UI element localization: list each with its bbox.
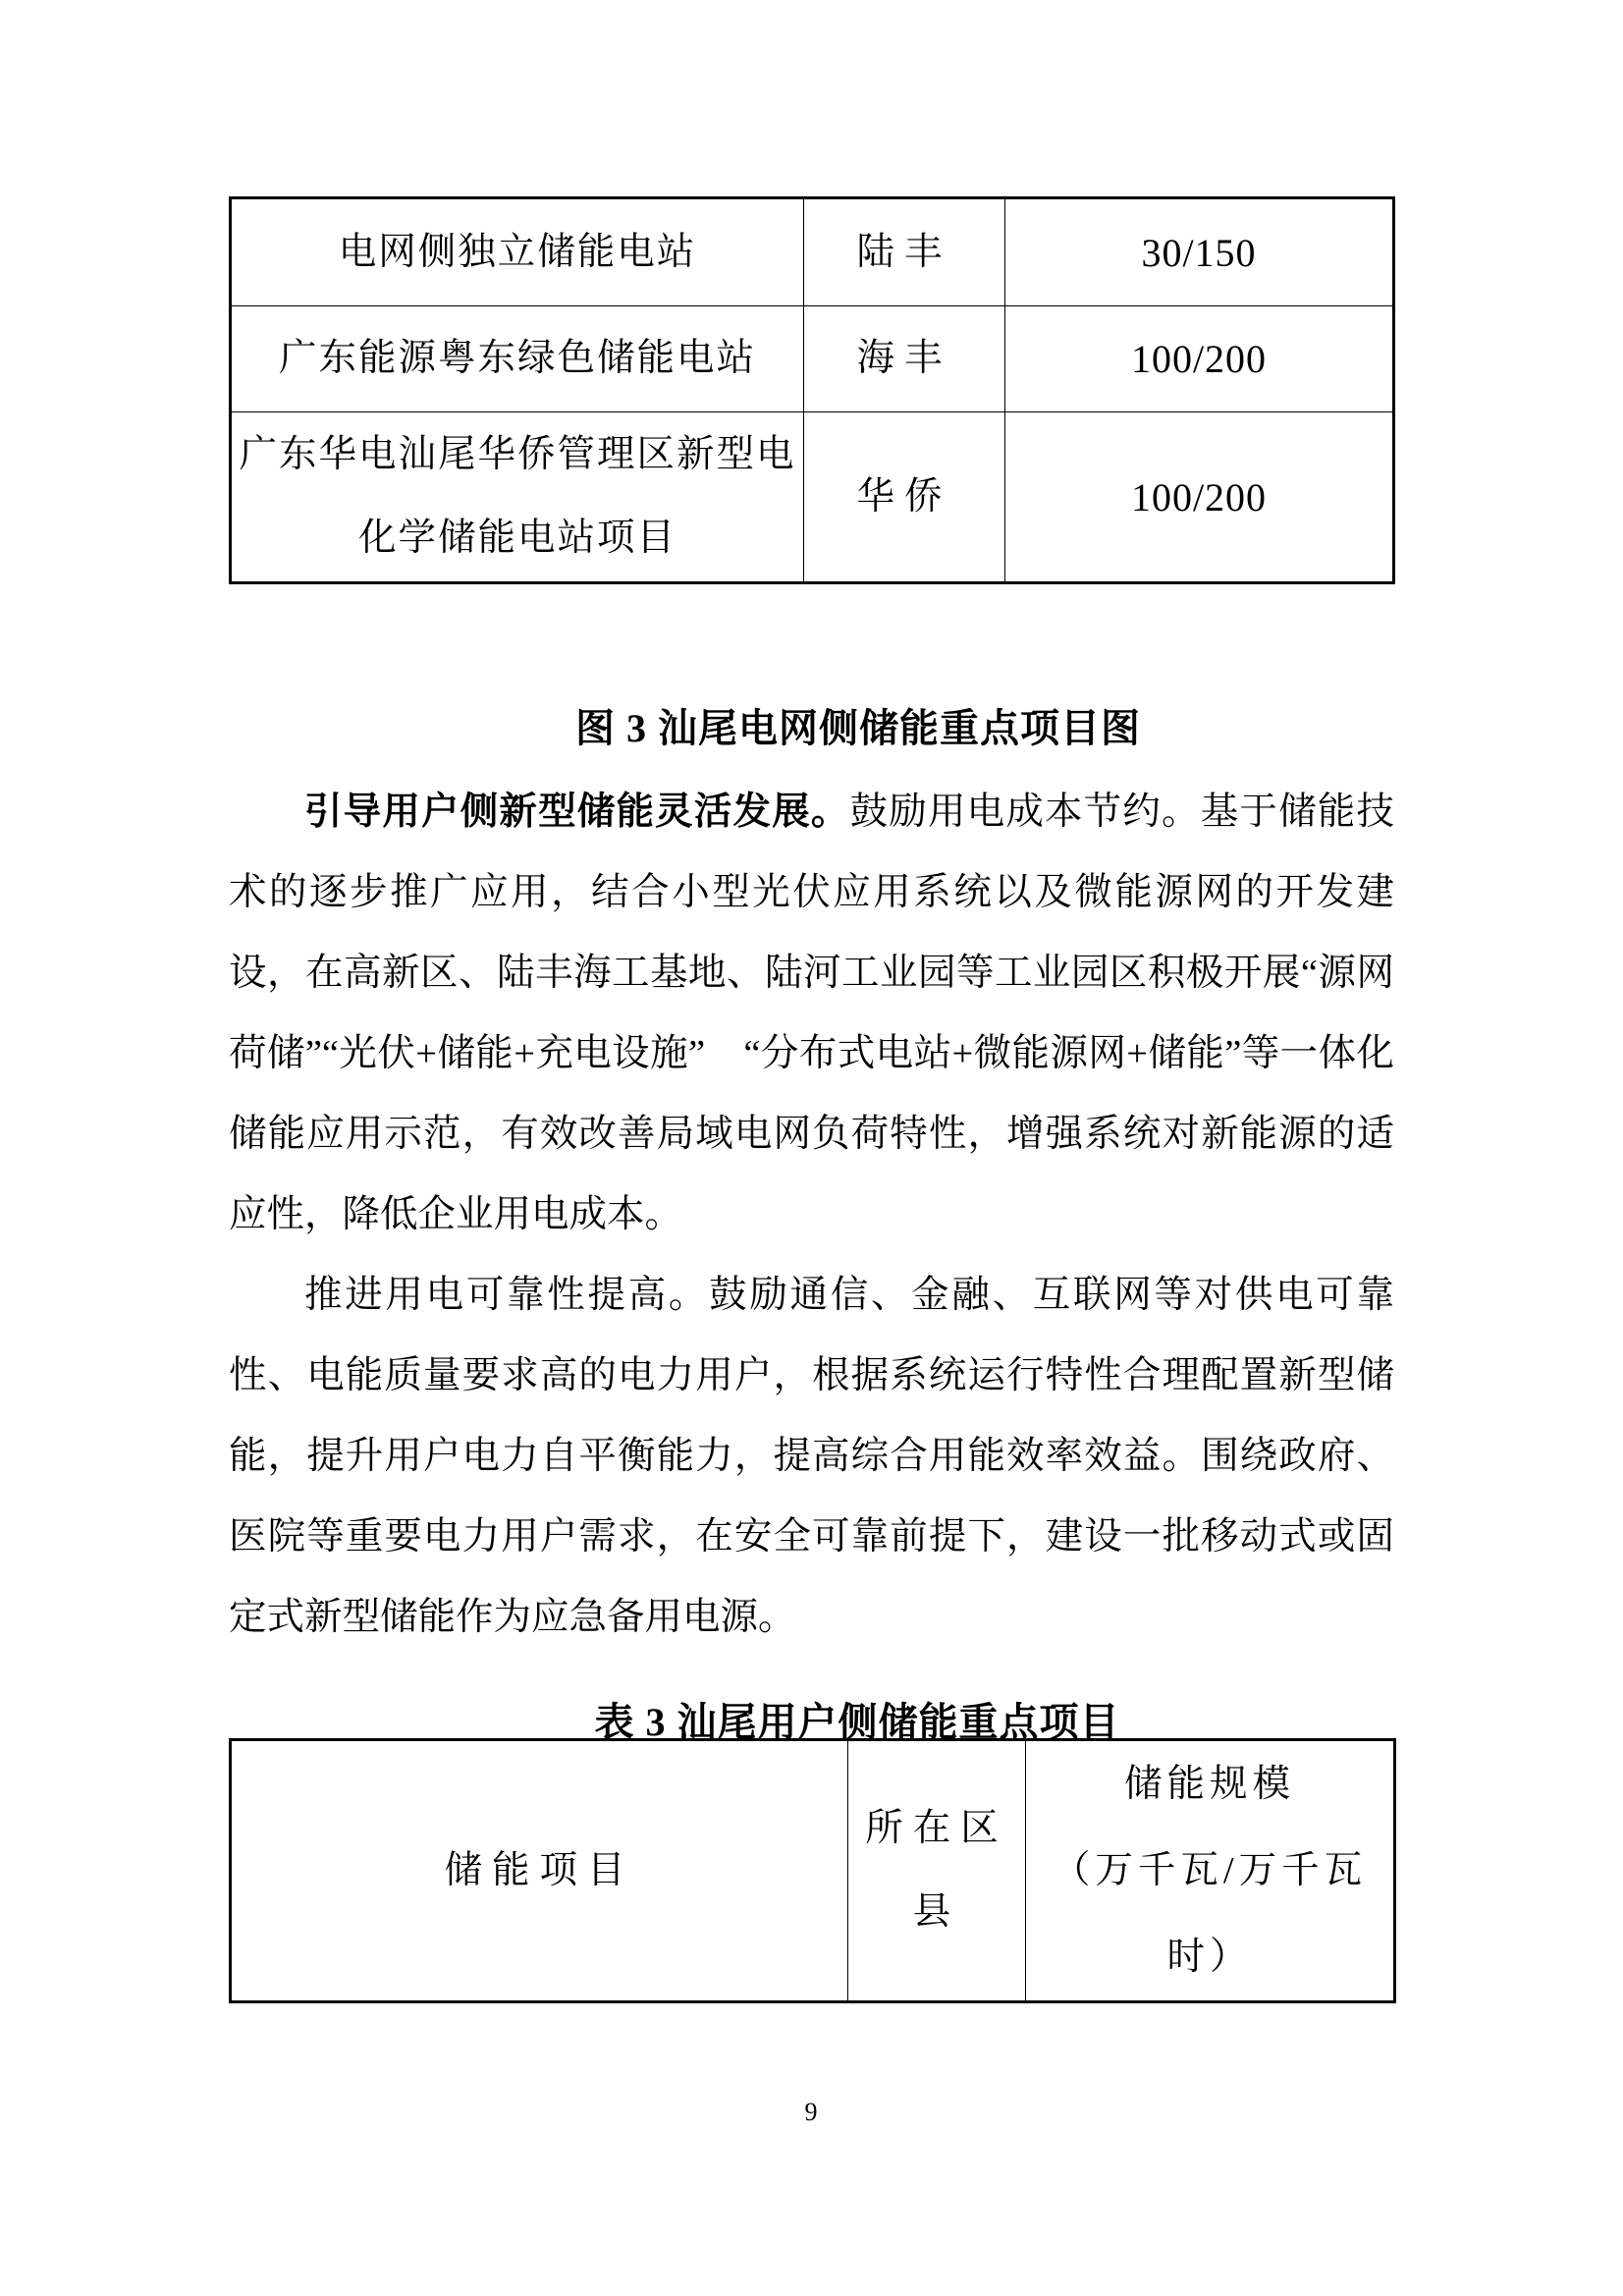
document-page: 电网侧独立储能电站 陆丰 30/150 广东能源粤东绿色储能电站 海丰 100/… xyxy=(0,0,1623,2296)
district-cell: 海丰 xyxy=(804,306,1005,412)
scale-cell: 100/200 xyxy=(1005,412,1394,583)
page-number: 9 xyxy=(805,2098,818,2127)
table-row: 广东能源粤东绿色储能电站 海丰 100/200 xyxy=(231,306,1394,412)
scale-header-title: 储能规模 xyxy=(1026,1741,1393,1828)
table-row: 广东华电汕尾华侨管理区新型电化学储能电站项目 华侨 100/200 xyxy=(231,412,1394,583)
paragraph-text: 推进用电可靠性提高。鼓励通信、金融、互联网等对供电可靠性、电能质量要求高的电力用… xyxy=(229,1275,1394,1638)
district-header-cell: 所在区县 xyxy=(848,1740,1026,2002)
scale-header-cell: 储能规模 （万千瓦/万千瓦时） xyxy=(1026,1740,1395,2002)
paragraph-text: 鼓励用电成本节约。基于储能技术的逐步推广应用，结合小型光伏应用系统以及微能源网的… xyxy=(229,792,1394,1235)
paragraph: 推进用电可靠性提高。鼓励通信、金融、互联网等对供电可靠性、电能质量要求高的电力用… xyxy=(229,1255,1394,1658)
district-cell: 陆丰 xyxy=(804,198,1005,306)
scale-header-unit: （万千瓦/万千瓦时） xyxy=(1026,1828,1393,2000)
user-side-storage-table: 储能项目 所在区县 储能规模 （万千瓦/万千瓦时） xyxy=(229,1738,1396,2003)
project-header-cell: 储能项目 xyxy=(231,1740,848,2002)
paragraph: 引导用户侧新型储能灵活发展。鼓励用电成本节约。基于储能技术的逐步推广应用，结合小… xyxy=(229,772,1394,1255)
grid-side-storage-table: 电网侧独立储能电站 陆丰 30/150 广东能源粤东绿色储能电站 海丰 100/… xyxy=(229,196,1395,584)
paragraph-lead: 引导用户侧新型储能灵活发展。 xyxy=(304,792,850,833)
scale-cell: 30/150 xyxy=(1005,198,1394,306)
body-text: 引导用户侧新型储能灵活发展。鼓励用电成本节约。基于储能技术的逐步推广应用，结合小… xyxy=(229,772,1394,1658)
table-row: 电网侧独立储能电站 陆丰 30/150 xyxy=(231,198,1394,306)
figure-caption: 图 3 汕尾电网侧储能重点项目图 xyxy=(575,699,1141,758)
project-cell: 广东能源粤东绿色储能电站 xyxy=(231,306,804,412)
project-cell: 电网侧独立储能电站 xyxy=(231,198,804,306)
district-cell: 华侨 xyxy=(804,412,1005,583)
table-header-row: 储能项目 所在区县 储能规模 （万千瓦/万千瓦时） xyxy=(231,1740,1395,2002)
project-cell: 广东华电汕尾华侨管理区新型电化学储能电站项目 xyxy=(231,412,804,583)
scale-cell: 100/200 xyxy=(1005,306,1394,412)
